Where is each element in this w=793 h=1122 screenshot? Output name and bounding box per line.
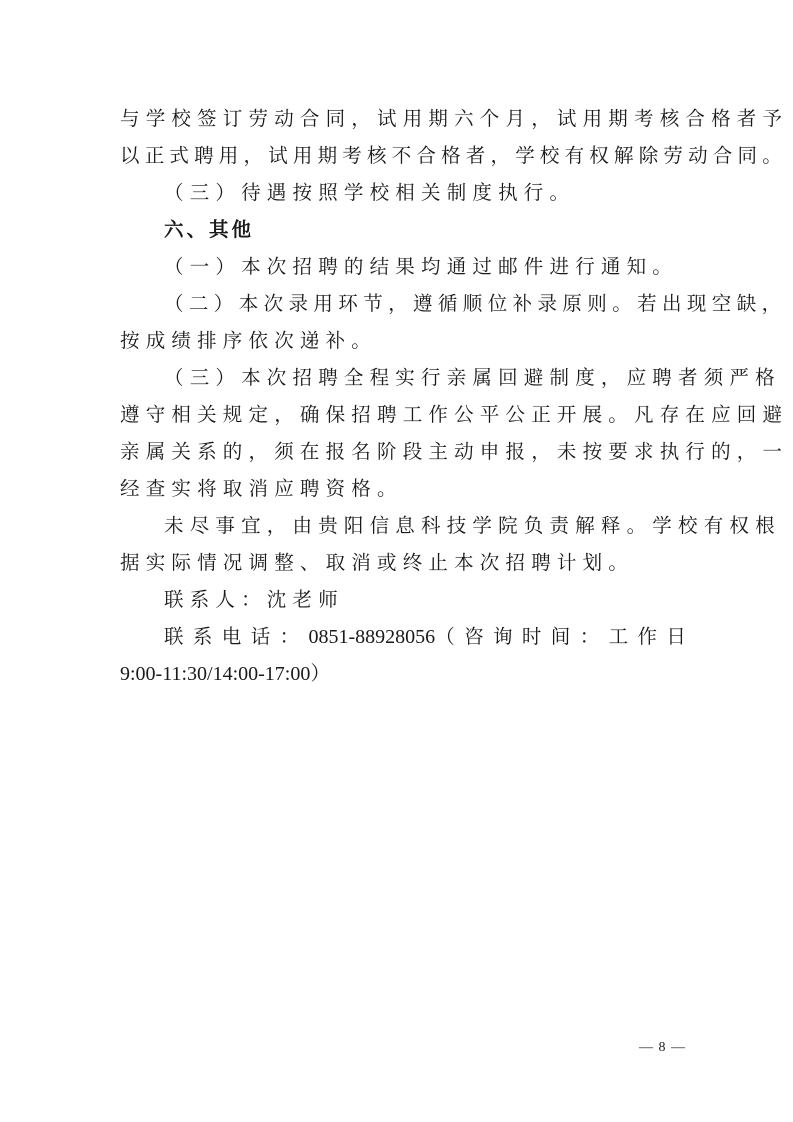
paragraph-6-3-line-4: 经查实将取消应聘资格。 <box>120 470 673 507</box>
document-body: 与学校签订劳动合同，试用期六个月，试用期考核合格者予 以正式聘用，试用期考核不合… <box>120 100 673 692</box>
contact-phone-label: 联系电话： <box>164 625 309 648</box>
paragraph-trial-contract-line-2: 以正式聘用，试用期考核不合格者，学校有权解除劳动合同。 <box>120 137 673 174</box>
paragraph-interpretation-line-2: 据实际情况调整、取消或终止本次招聘计划。 <box>120 544 673 581</box>
document-page: 与学校签订劳动合同，试用期六个月，试用期考核合格者予 以正式聘用，试用期考核不合… <box>0 0 793 1122</box>
paragraph-interpretation-line-1: 未尽事宜，由贵阳信息科技学院负责解释。学校有权根 <box>120 507 673 544</box>
contact-phone-number: 0851-88928056 <box>309 626 436 648</box>
paragraph-6-3-line-3: 亲属关系的，须在报名阶段主动申报，未按要求执行的，一 <box>120 433 673 470</box>
paragraph-6-3-line-2: 遵守相关规定，确保招聘工作公平公正开展。凡存在应回避 <box>120 396 673 433</box>
paragraph-6-2-line-1: （二）本次录用环节，遵循顺位补录原则。若出现空缺， <box>120 285 673 322</box>
contact-phone-line: 联系电话：0851-88928056（咨询时间：工作日 <box>120 618 673 655</box>
paragraph-6-2-line-2: 按成绩排序依次递补。 <box>120 322 673 359</box>
paragraph-trial-contract-line-1: 与学校签订劳动合同，试用期六个月，试用期考核合格者予 <box>120 100 673 137</box>
consult-hours: 9:00-11:30/14:00-17:00） <box>120 663 330 685</box>
paragraph-6-3-line-1: （三）本次招聘全程实行亲属回避制度，应聘者须严格 <box>120 359 673 396</box>
paragraph-6-1: （一）本次招聘的结果均通过邮件进行通知。 <box>120 248 673 285</box>
contact-person: 联系人：沈老师 <box>120 581 673 618</box>
page-number: — 8 — <box>639 1040 686 1056</box>
paragraph-treatment: （三）待遇按照学校相关制度执行。 <box>120 174 673 211</box>
consult-hours-line: 9:00-11:30/14:00-17:00） <box>120 655 673 692</box>
section-heading-other: 六、其他 <box>120 211 673 248</box>
consult-hours-label: （咨询时间：工作日 <box>435 625 695 648</box>
